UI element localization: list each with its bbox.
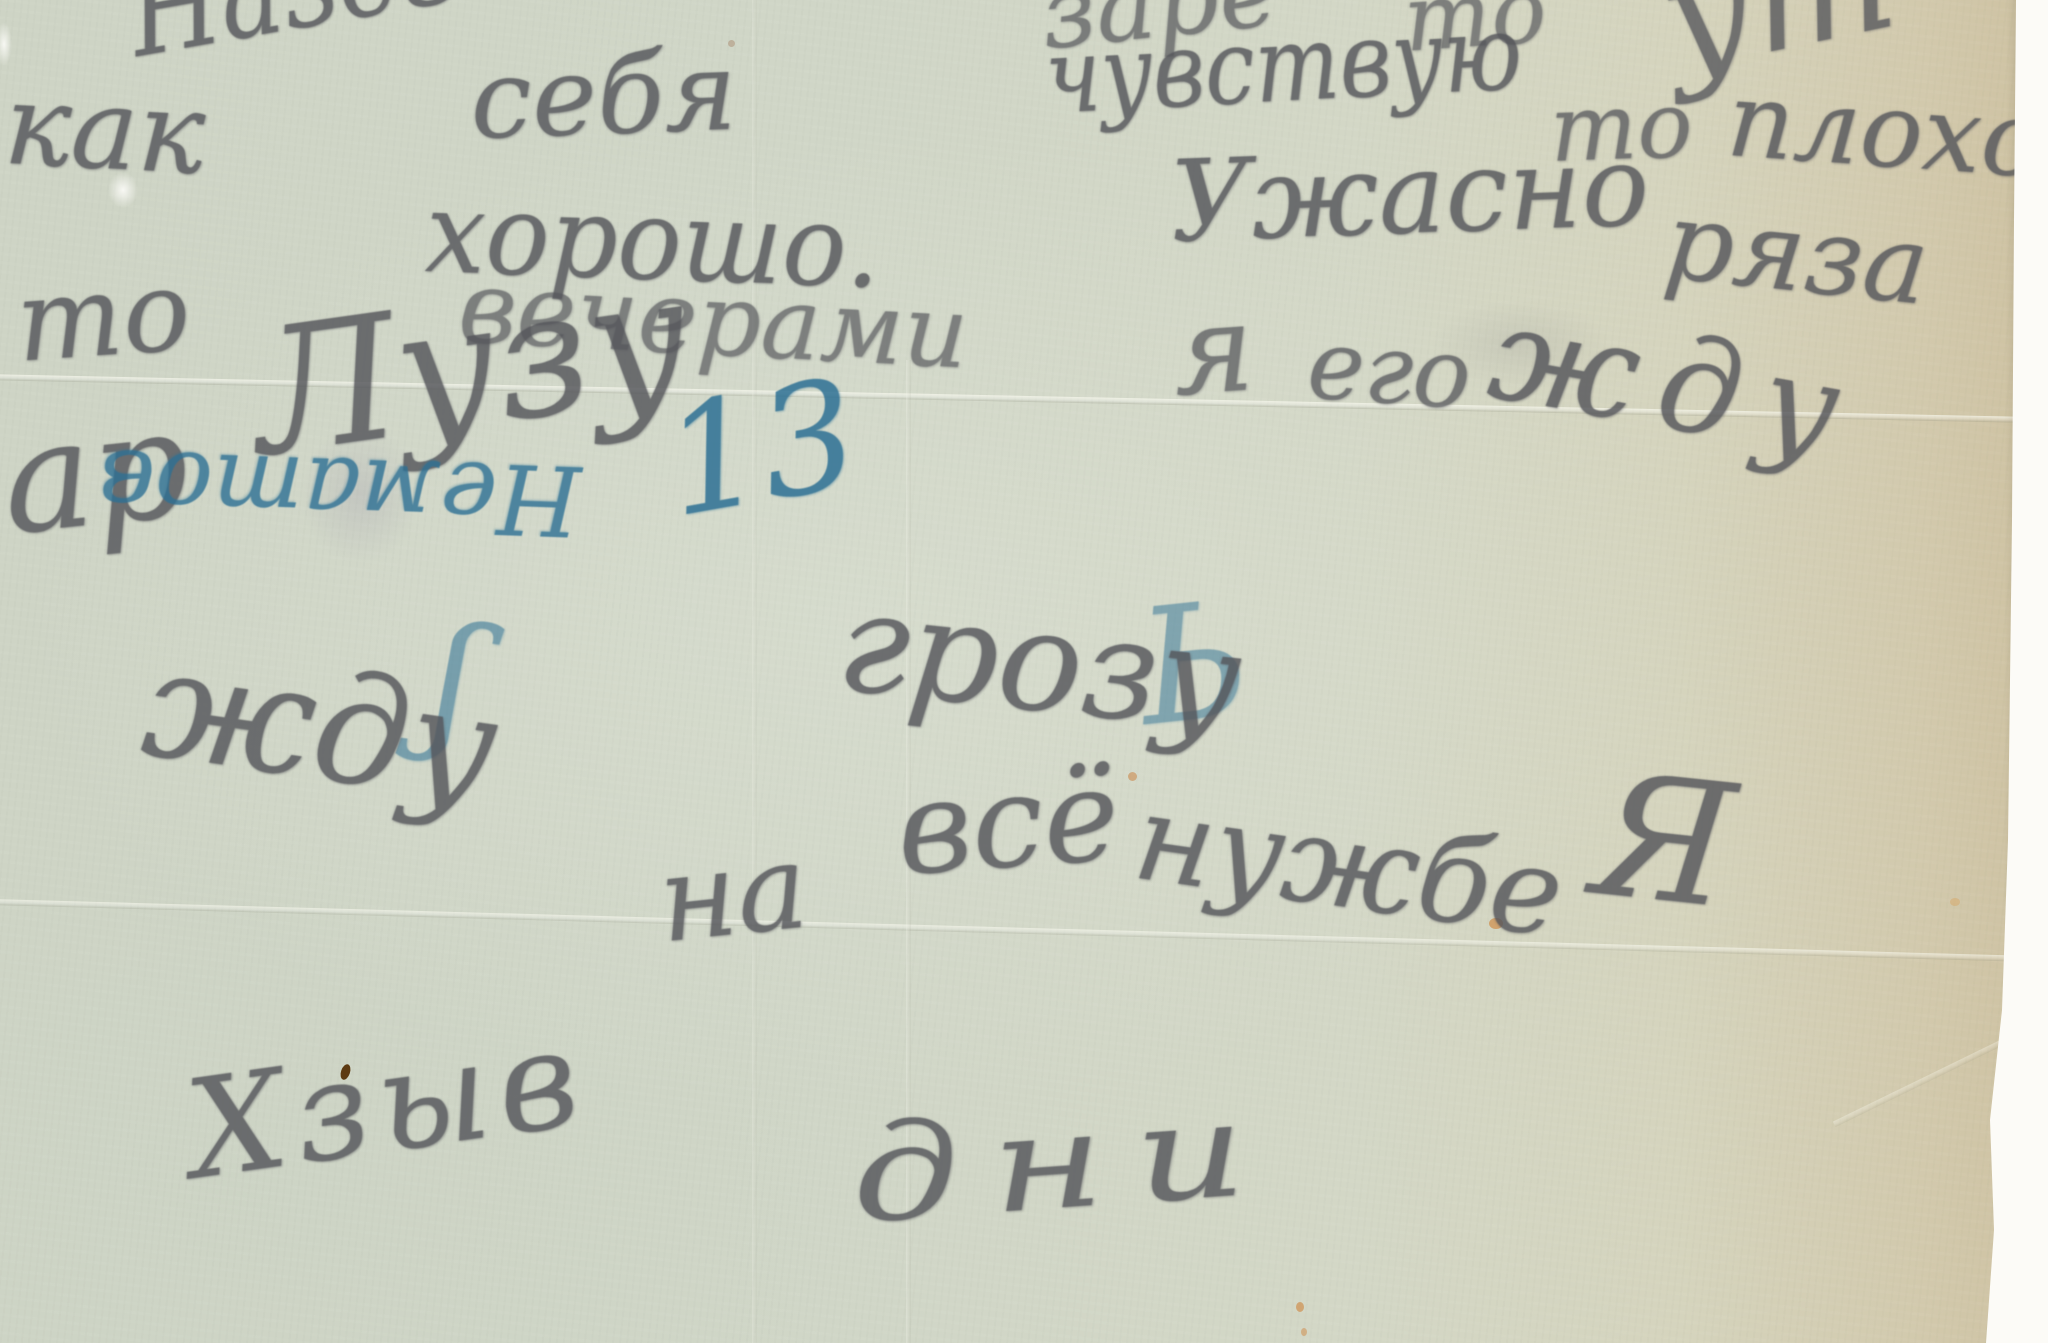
handwritten-word: Ужасно <box>1168 121 1651 268</box>
blue-ink-upside-down-word: Нематов <box>28 425 652 559</box>
foxing-spot <box>1296 1302 1304 1312</box>
handwritten-word: всё <box>892 741 1124 905</box>
handwritten-word: его <box>1304 308 1475 431</box>
foxing-spot <box>1128 772 1137 781</box>
handwritten-word: на <box>652 817 814 970</box>
handwritten-word: то <box>12 246 194 388</box>
handwritten-word: я <box>1168 276 1258 423</box>
foxing-spot <box>1301 1328 1307 1336</box>
handwritten-word: плохо <box>1723 58 2048 202</box>
handwritten-word: Я <box>1585 736 1742 947</box>
handwritten-word: как <box>1 60 208 200</box>
blue-ink-number: 13 <box>652 347 870 552</box>
foxing-spot <box>1950 898 1960 906</box>
scanned-letter-page: Назевал заре то ут как себя чувствую то … <box>0 0 2048 1343</box>
handwritten-word: дни <box>846 1070 1282 1253</box>
handwritten-word: себя <box>468 27 739 164</box>
